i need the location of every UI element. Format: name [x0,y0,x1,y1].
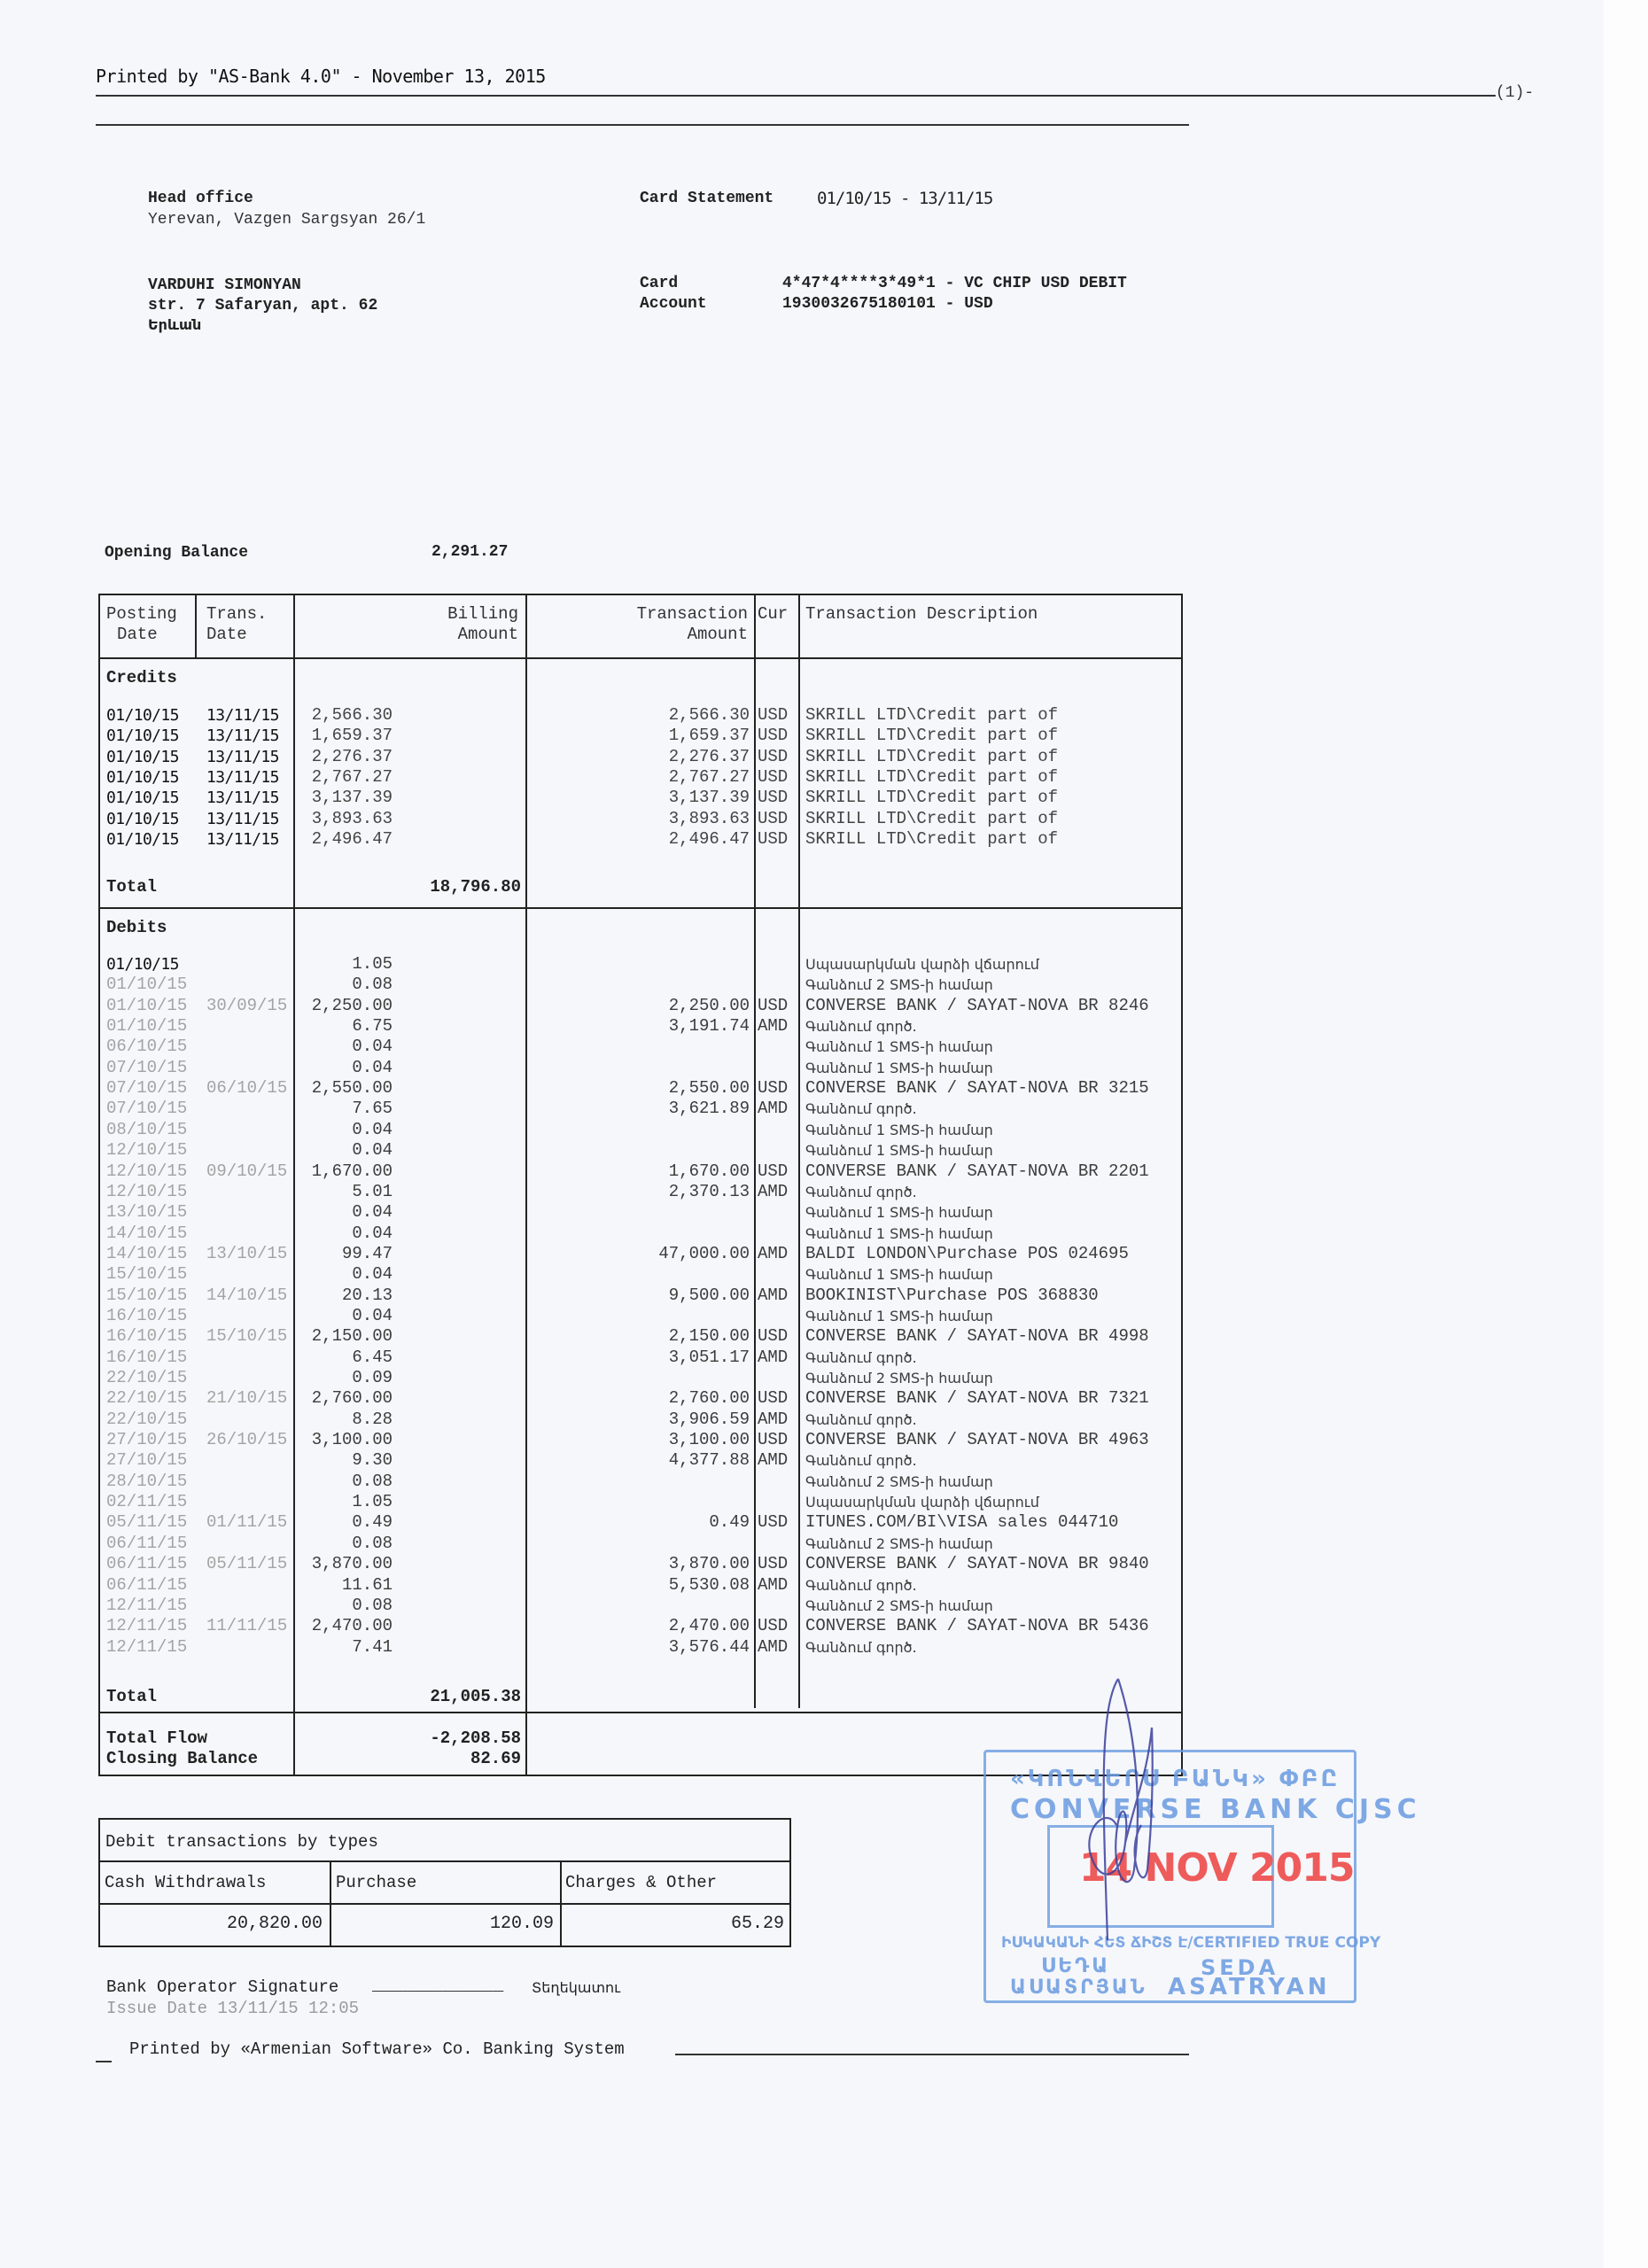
posting-date: 01/10/15 [106,809,179,830]
posting-date: 08/10/15 [106,1120,187,1141]
posting-date: 12/10/15 [106,1161,187,1183]
billing-amount: 0.04 [352,1264,393,1285]
transaction-amount: 47,000.00 [658,1244,750,1265]
credit-transaction-row: 01/10/1513/11/153,137.393,137.39USDSKRIL… [100,788,1181,809]
currency: USD [758,726,788,747]
transaction-date: 05/11/15 [206,1554,287,1575]
billing-amount: 0.09 [352,1368,393,1389]
description: Գանձում գործ. [805,1450,917,1472]
credit-transaction-row: 01/10/1513/11/152,566.302,566.30USDSKRIL… [100,705,1181,726]
credit-transaction-row: 01/10/1513/11/151,659.371,659.37USDSKRIL… [100,726,1181,747]
transaction-amount: 2,150.00 [669,1326,750,1348]
posting-date: 13/10/15 [106,1202,187,1223]
posting-date: 15/10/15 [106,1264,187,1285]
credits-total-value: 18,796.80 [430,877,521,897]
description: Գանձում 1 SMS-ի համար [805,1140,993,1161]
summary-purchase-label: Purchase [336,1873,416,1892]
billing-amount: 8.28 [352,1410,393,1431]
billing-amount: 6.75 [352,1016,393,1037]
transaction-amount: 3,100.00 [669,1430,750,1451]
description: SKRILL LTD\Credit part of [805,809,1058,830]
description: CONVERSE BANK / SAYAT-NOVA BR 4963 [805,1430,1149,1451]
statement-label: Card Statement [640,190,773,207]
debit-transaction-row: 06/10/150.04Գանձում 1 SMS-ի համար [100,1037,1181,1058]
currency: USD [758,747,788,768]
billing-amount: 0.04 [352,1037,393,1058]
debit-transaction-row: 01/10/156.753,191.74AMDԳանձում գործ. [100,1016,1181,1037]
credit-transaction-row: 01/10/1513/11/152,276.372,276.37USDSKRIL… [100,747,1181,768]
description: Գանձում 1 SMS-ի համար [805,1306,993,1327]
billing-amount: 0.08 [352,1596,393,1617]
credits-debits-rule [100,907,1181,909]
description: SKRILL LTD\Credit part of [805,788,1058,809]
billing-amount: 2,566.30 [312,705,393,726]
posting-date: 12/11/15 [106,1637,187,1658]
signature-blank: _____________ [372,1976,503,1995]
posting-date: 06/10/15 [106,1037,187,1058]
description: CONVERSE BANK / SAYAT-NOVA BR 4998 [805,1326,1149,1348]
description: Գանձում 1 SMS-ի համար [805,1223,993,1245]
billing-amount: 99.47 [342,1244,393,1265]
billing-amount: 0.04 [352,1306,393,1327]
description: SKRILL LTD\Credit part of [805,705,1058,726]
debit-transaction-row: 05/11/1501/11/150.490.49USDITUNES.COM/BI… [100,1512,1181,1534]
debit-transaction-row: 07/10/157.653,621.89AMDԳանձում գործ. [100,1099,1181,1120]
debit-transaction-row: 06/11/1511.615,530.08AMDԳանձում գործ. [100,1575,1181,1596]
posting-date: 27/10/15 [106,1430,187,1451]
description: Սպասարկման վարձի վճարում [805,1492,1039,1513]
debit-transaction-row: 07/10/150.04Գանձում 1 SMS-ի համար [100,1058,1181,1079]
currency: USD [758,996,788,1017]
billing-amount: 0.04 [352,1058,393,1079]
transaction-date: 13/11/15 [206,747,279,768]
transaction-amount: 5,530.08 [669,1575,750,1596]
summary-title: Debit transactions by types [105,1832,378,1852]
opening-balance-label: Opening Balance [105,544,248,562]
transaction-amount: 3,051.17 [669,1348,750,1369]
debit-transaction-row: 22/10/1521/10/152,760.002,760.00USDCONVE… [100,1388,1181,1410]
printed-by-header: Printed by "AS-Bank 4.0" - November 13, … [96,66,546,87]
billing-amount: 11.61 [342,1575,393,1596]
stamp-name-en-2: ASATRYAN [1168,1974,1331,2000]
summary-rule [100,1860,789,1862]
currency: USD [758,1616,788,1637]
debit-transaction-row: 12/10/1509/10/151,670.001,670.00USDCONVE… [100,1161,1181,1183]
operator-title: Տեղեկատու [532,1979,620,1996]
description: Գանձում 2 SMS-ի համար [805,975,993,996]
currency: AMD [758,1575,788,1596]
currency: AMD [758,1637,788,1658]
transactions-table: Posting Date Trans. Date Billing Amount … [98,594,1183,1776]
header-transaction-amount: Transaction Amount [637,604,748,645]
posting-date: 01/10/15 [106,767,179,788]
description: Գանձում 1 SMS-ի համար [805,1037,993,1058]
transaction-date: 11/11/15 [206,1616,287,1637]
billing-amount: 0.08 [352,975,393,996]
currency: AMD [758,1450,788,1472]
debit-transaction-row: 15/10/150.04Գանձում 1 SMS-ի համար [100,1264,1181,1285]
debit-transaction-row: 22/10/150.09Գանձում 2 SMS-ի համար [100,1368,1181,1389]
billing-amount: 3,893.63 [312,809,393,830]
header-rule-2 [96,124,1189,126]
description: Գանձում գործ. [805,1348,917,1369]
stamp-name-hy-1: ՍԵԴԱ [1041,1955,1110,1977]
debit-transaction-row: 01/10/151.05Սպասարկման վարձի վճարում [100,954,1181,975]
debit-transaction-row: 01/10/150.08Գանձում 2 SMS-ի համար [100,975,1181,996]
description: CONVERSE BANK / SAYAT-NOVA BR 5436 [805,1616,1149,1637]
posting-date: 07/10/15 [106,1099,187,1120]
billing-amount: 20.13 [342,1285,393,1307]
transaction-date: 01/11/15 [206,1512,287,1534]
currency: USD [758,1326,788,1348]
description: Գանձում գործ. [805,1637,917,1658]
currency: AMD [758,1182,788,1203]
debit-transaction-row: 07/10/1506/10/152,550.002,550.00USDCONVE… [100,1078,1181,1099]
operator-signature-label: Bank Operator Signature [106,1977,338,1997]
billing-amount: 1,670.00 [312,1161,393,1183]
summary-rule [100,1903,789,1905]
billing-amount: 2,250.00 [312,996,393,1017]
currency: AMD [758,1016,788,1037]
debit-transaction-row: 27/10/159.304,377.88AMDԳանձում գործ. [100,1450,1181,1472]
description: Գանձում 1 SMS-ի համար [805,1120,993,1141]
posting-date: 01/10/15 [106,788,179,809]
description: Գանձում 1 SMS-ի համար [805,1264,993,1285]
posting-date: 22/10/15 [106,1368,187,1389]
debit-transaction-row: 02/11/151.05Սպասարկման վարձի վճարում [100,1492,1181,1513]
debit-transaction-row: 06/11/150.08Գանձում 2 SMS-ի համար [100,1534,1181,1555]
transaction-amount: 2,250.00 [669,996,750,1017]
posting-date: 12/10/15 [106,1182,187,1203]
transaction-date: 30/09/15 [206,996,287,1017]
client-street: str. 7 Safaryan, apt. 62 [148,297,377,315]
description: Գանձում գործ. [805,1182,917,1203]
description: Գանձում գործ. [805,1410,917,1431]
transaction-date: 13/11/15 [206,726,279,747]
debit-transaction-row: 16/10/156.453,051.17AMDԳանձում գործ. [100,1348,1181,1369]
debits-section-label: Debits [106,918,167,937]
credits-total-label: Total [106,877,157,897]
posting-date: 01/10/15 [106,747,179,768]
billing-amount: 5.01 [352,1182,393,1203]
transaction-amount: 4,377.88 [669,1450,750,1472]
total-flow-value: -2,208.58 [430,1728,521,1748]
description: CONVERSE BANK / SAYAT-NOVA BR 3215 [805,1078,1149,1099]
header-rule [100,657,1181,659]
description: CONVERSE BANK / SAYAT-NOVA BR 7321 [805,1388,1149,1410]
transaction-amount: 3,191.74 [669,1016,750,1037]
header-billing-amount: Billing Amount [447,604,518,645]
currency: USD [758,1161,788,1183]
posting-date: 12/11/15 [106,1616,187,1637]
posting-date: 01/10/15 [106,705,179,726]
posting-date: 07/10/15 [106,1078,187,1099]
summary-charges-value: 65.29 [731,1914,784,1934]
card-number: 4*47*4****3*49*1 - VC CHIP USD DEBIT [782,275,1127,292]
transaction-amount: 1,670.00 [669,1161,750,1183]
stamp-name-hy-2: ԱՍԱՏՐՅԱՆ [1010,1977,1147,1999]
posting-date: 01/10/15 [106,954,179,975]
debits-total-value: 21,005.38 [430,1687,521,1706]
billing-amount: 0.08 [352,1472,393,1493]
description: Գանձում 2 SMS-ի համար [805,1368,993,1389]
posting-date: 06/11/15 [106,1554,187,1575]
posting-date: 05/11/15 [106,1512,187,1534]
debit-transaction-row: 16/10/150.04Գանձում 1 SMS-ի համար [100,1306,1181,1327]
closing-balance-label: Closing Balance [106,1749,258,1768]
debit-transaction-row: 28/10/150.08Գանձում 2 SMS-ի համար [100,1472,1181,1493]
currency: AMD [758,1348,788,1369]
debit-transaction-row: 14/10/1513/10/1599.4747,000.00AMDBALDI L… [100,1244,1181,1265]
debit-transaction-row: 12/11/1511/11/152,470.002,470.00USDCONVE… [100,1616,1181,1637]
header-trans-date: Trans. Date [206,604,267,645]
transaction-amount: 3,893.63 [669,809,750,830]
description: CONVERSE BANK / SAYAT-NOVA BR 9840 [805,1554,1149,1575]
transaction-amount: 2,566.30 [669,705,750,726]
header-description: Transaction Description [805,604,1038,625]
posting-date: 06/11/15 [106,1534,187,1555]
posting-date: 07/10/15 [106,1058,187,1079]
currency: AMD [758,1410,788,1431]
transaction-amount: 2,276.37 [669,747,750,768]
description: Գանձում գործ. [805,1016,917,1037]
currency: AMD [758,1244,788,1265]
debit-types-summary: Debit transactions by types Cash Withdra… [98,1818,791,1947]
billing-amount: 2,496.47 [312,829,393,850]
transaction-date: 21/10/15 [206,1388,287,1410]
description: Գանձում գործ. [805,1575,917,1596]
handwritten-signature [1063,1674,1196,1940]
transaction-date: 13/10/15 [206,1244,287,1265]
currency: AMD [758,1099,788,1120]
billing-amount: 7.65 [352,1099,393,1120]
opening-balance-value: 2,291.27 [431,543,508,561]
posting-date: 28/10/15 [106,1472,187,1493]
footer-printed-by: Printed by «Armenian Software» Co. Banki… [129,2039,625,2059]
debit-transaction-row: 16/10/1515/10/152,150.002,150.00USDCONVE… [100,1326,1181,1348]
transaction-amount: 3,621.89 [669,1099,750,1120]
posting-date: 12/11/15 [106,1596,187,1617]
transaction-date: 06/10/15 [206,1078,287,1099]
billing-amount: 2,470.00 [312,1616,393,1637]
posting-date: 01/10/15 [106,996,187,1017]
description: Գանձում գործ. [805,1099,917,1120]
billing-amount: 0.08 [352,1534,393,1555]
transaction-amount: 2,370.13 [669,1182,750,1203]
billing-amount: 7.41 [352,1637,393,1658]
posting-date: 14/10/15 [106,1244,187,1265]
transaction-amount: 2,767.27 [669,767,750,788]
posting-date: 16/10/15 [106,1306,187,1327]
summary-col-divider [330,1860,331,1946]
currency: USD [758,829,788,850]
posting-date: 01/10/15 [106,1016,187,1037]
description: Գանձում 1 SMS-ի համար [805,1058,993,1079]
description: BOOKINIST\Purchase POS 368830 [805,1285,1099,1307]
summary-cash-value: 20,820.00 [227,1914,323,1934]
description: SKRILL LTD\Credit part of [805,747,1058,768]
summary-col-divider [560,1860,562,1946]
summary-charges-label: Charges & Other [565,1873,717,1892]
currency: USD [758,1078,788,1099]
posting-date: 15/10/15 [106,1285,187,1307]
bank-address: Yerevan, Vazgen Sargsyan 26/1 [148,211,425,229]
transaction-amount: 2,760.00 [669,1388,750,1410]
billing-amount: 0.04 [352,1140,393,1161]
debit-transaction-row: 12/11/157.413,576.44AMDԳանձում գործ. [100,1637,1181,1658]
posting-date: 01/10/15 [106,975,187,996]
debit-transaction-row: 08/10/150.04Գանձում 1 SMS-ի համար [100,1120,1181,1141]
description: SKRILL LTD\Credit part of [805,829,1058,850]
posting-date: 22/10/15 [106,1410,187,1431]
description: Սպասարկման վարձի վճարում [805,954,1039,975]
transaction-amount: 2,470.00 [669,1616,750,1637]
transaction-date: 13/11/15 [206,767,279,788]
transaction-date: 13/11/15 [206,809,279,830]
page-margin [1604,0,1648,2268]
description: SKRILL LTD\Credit part of [805,767,1058,788]
posting-date: 06/11/15 [106,1575,187,1596]
totals-rule [100,1712,1181,1713]
bank-office: Head office [148,190,253,207]
description: Գանձում 2 SMS-ի համար [805,1472,993,1493]
page-number: (1)- [1496,84,1534,102]
transaction-date: 09/10/15 [206,1161,287,1183]
posting-date: 16/10/15 [106,1326,187,1348]
debit-transaction-row: 01/10/1530/09/152,250.002,250.00USDCONVE… [100,996,1181,1017]
debit-transaction-row: 12/11/150.08Գանձում 2 SMS-ի համար [100,1596,1181,1617]
closing-balance-value: 82.69 [470,1749,521,1768]
col-divider [195,595,197,657]
posting-date: 16/10/15 [106,1348,187,1369]
client-city: Երևան [148,316,201,333]
card-label: Card [640,275,678,292]
transaction-date: 15/10/15 [206,1326,287,1348]
debits-total-label: Total [106,1687,157,1706]
billing-amount: 2,276.37 [312,747,393,768]
billing-amount: 2,767.27 [312,767,393,788]
transaction-amount: 1,659.37 [669,726,750,747]
billing-amount: 9.30 [352,1450,393,1472]
statement-period: 01/10/15 - 13/11/15 [817,189,992,208]
description: CONVERSE BANK / SAYAT-NOVA BR 2201 [805,1161,1149,1183]
transaction-amount: 0.49 [709,1512,750,1534]
billing-amount: 0.04 [352,1223,393,1245]
transaction-date: 14/10/15 [206,1285,287,1307]
debit-transaction-row: 06/11/1505/11/153,870.003,870.00USDCONVE… [100,1554,1181,1575]
billing-amount: 2,760.00 [312,1388,393,1410]
account-number: 1930032675180101 - USD [782,295,993,313]
billing-amount: 0.04 [352,1120,393,1141]
transaction-date: 26/10/15 [206,1430,287,1451]
posting-date: 12/10/15 [106,1140,187,1161]
currency: USD [758,1388,788,1410]
transaction-amount: 2,496.47 [669,829,750,850]
description: BALDI LONDON\Purchase POS 024695 [805,1244,1129,1265]
header-currency: Cur [758,604,788,625]
summary-purchase-value: 120.09 [490,1914,554,1934]
billing-amount: 0.04 [352,1202,393,1223]
currency: USD [758,788,788,809]
billing-amount: 1.05 [352,954,393,975]
transaction-amount: 3,870.00 [669,1554,750,1575]
debit-transaction-row: 14/10/150.04Գանձում 1 SMS-ի համար [100,1223,1181,1245]
billing-amount: 2,550.00 [312,1078,393,1099]
credit-transaction-row: 01/10/1513/11/153,893.633,893.63USDSKRIL… [100,809,1181,830]
posting-date: 22/10/15 [106,1388,187,1410]
debit-transaction-row: 13/10/150.04Գանձում 1 SMS-ի համար [100,1202,1181,1223]
transaction-amount: 3,137.39 [669,788,750,809]
currency: USD [758,1430,788,1451]
posting-date: 14/10/15 [106,1223,187,1245]
transaction-amount: 9,500.00 [669,1285,750,1307]
billing-amount: 3,870.00 [312,1554,393,1575]
posting-date: 01/10/15 [106,726,179,747]
summary-cash-label: Cash Withdrawals [105,1873,266,1892]
credit-transaction-row: 01/10/1513/11/152,496.472,496.47USDSKRIL… [100,829,1181,850]
footer-rule-right [675,2054,1189,2055]
transaction-amount: 3,576.44 [669,1637,750,1658]
header-rule [96,95,1496,97]
description: SKRILL LTD\Credit part of [805,726,1058,747]
currency: USD [758,1512,788,1534]
currency: USD [758,809,788,830]
transaction-date: 13/11/15 [206,829,279,850]
debit-transaction-row: 12/10/150.04Գանձում 1 SMS-ի համար [100,1140,1181,1161]
client-name: VARDUHI SIMONYAN [148,276,301,294]
footer-rule-left [96,2061,112,2062]
currency: USD [758,1554,788,1575]
debit-transaction-row: 27/10/1526/10/153,100.003,100.00USDCONVE… [100,1430,1181,1451]
total-flow-label: Total Flow [106,1728,207,1748]
posting-date: 01/10/15 [106,829,179,850]
posting-date: 27/10/15 [106,1450,187,1472]
billing-amount: 3,137.39 [312,788,393,809]
billing-amount: 1,659.37 [312,726,393,747]
currency: USD [758,705,788,726]
posting-date: 02/11/15 [106,1492,187,1513]
billing-amount: 6.45 [352,1348,393,1369]
description: Գանձում 1 SMS-ի համար [805,1202,993,1223]
issue-date: Issue Date 13/11/15 12:05 [106,1999,359,2018]
description: Գանձում 2 SMS-ի համար [805,1596,993,1617]
description: Գանձում 2 SMS-ի համար [805,1534,993,1555]
debit-transaction-row: 12/10/155.012,370.13AMDԳանձում գործ. [100,1182,1181,1203]
transaction-amount: 3,906.59 [669,1410,750,1431]
debit-transaction-row: 22/10/158.283,906.59AMDԳանձում գործ. [100,1410,1181,1431]
description: CONVERSE BANK / SAYAT-NOVA BR 8246 [805,996,1149,1017]
billing-amount: 1.05 [352,1492,393,1513]
description: ITUNES.COM/BI\VISA sales 044710 [805,1512,1118,1534]
transaction-amount: 2,550.00 [669,1078,750,1099]
billing-amount: 0.49 [352,1512,393,1534]
transaction-date: 13/11/15 [206,705,279,726]
credits-section-label: Credits [106,668,177,687]
debit-transaction-row: 15/10/1514/10/1520.139,500.00AMDBOOKINIS… [100,1285,1181,1307]
billing-amount: 3,100.00 [312,1430,393,1451]
header-posting-date: Posting Date [106,604,177,645]
account-label: Account [640,295,707,313]
currency: USD [758,767,788,788]
currency: AMD [758,1285,788,1307]
transaction-date: 13/11/15 [206,788,279,809]
billing-amount: 2,150.00 [312,1326,393,1348]
credit-transaction-row: 01/10/1513/11/152,767.272,767.27USDSKRIL… [100,767,1181,788]
